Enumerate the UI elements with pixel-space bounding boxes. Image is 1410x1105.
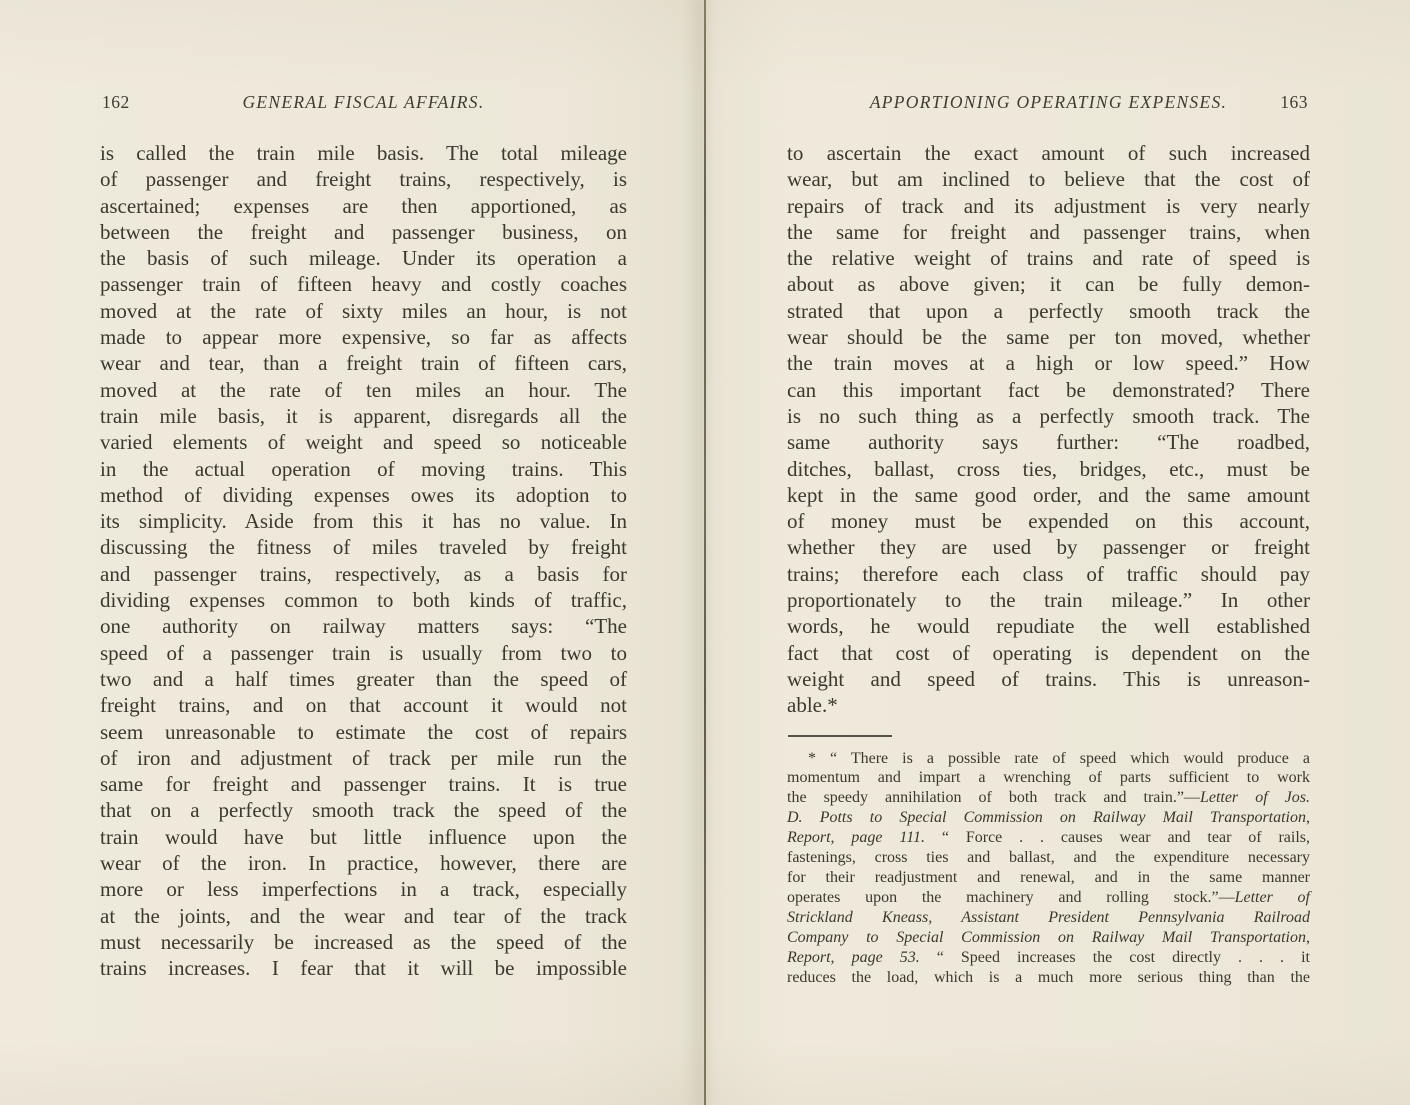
footnote-plain-text: momentum and impart a wrenching of parts… [787,769,1310,786]
text-line: strated that upon a perfectly smooth tra… [787,298,1310,324]
footnote-line: fastenings, cross ties and ballast, and … [787,848,1310,868]
book-spread: 162 GENERAL FISCAL AFFAIRS. is called th… [0,0,1410,1105]
citation-italic-text: Report, page 111. [787,829,925,846]
text-line: proportionately to the train mileage.” I… [787,587,1310,613]
footnote-line: for their readjustment and renewal, and … [787,868,1310,888]
text-line: trains increases. I fear that it will be… [100,955,627,981]
footnote-text: * “ There is a possible rate of speed wh… [787,749,1310,988]
text-line: the train moves at a high or low speed.”… [787,350,1310,376]
footnote-plain-text: * “ There is a possible rate of speed wh… [808,750,1310,767]
footnote-plain-text: “ Force . . causes wear and tear of rail… [925,829,1310,846]
text-line: able.* [787,692,1310,718]
citation-italic-text: Letter of [1235,889,1310,906]
text-line: freight trains, and on that account it w… [100,692,627,718]
page-left: 162 GENERAL FISCAL AFFAIRS. is called th… [100,92,627,982]
footnote-plain-text: reduces the load, which is a much more s… [787,969,1310,986]
text-line: speed of a passenger train is usually fr… [100,640,627,666]
footnote-line: operates upon the machinery and rolling … [787,888,1310,908]
text-line: moved at the rate of ten miles an hour. … [100,377,627,403]
text-line: is no such thing as a perfectly smooth t… [787,403,1310,429]
footnote-line: * “ There is a possible rate of speed wh… [787,749,1310,769]
text-line: fact that cost of operating is dependent… [787,640,1310,666]
text-line: passenger train of fifteen heavy and cos… [100,271,627,297]
text-line: the same for freight and passenger train… [787,219,1310,245]
text-line: wear of the iron. In practice, however, … [100,850,627,876]
text-line: one authority on railway matters says: “… [100,613,627,639]
text-line: dividing expenses common to both kinds o… [100,587,627,613]
footnote-line: the speedy annihilation of both track an… [787,788,1310,808]
text-line: of money must be expended on this accoun… [787,508,1310,534]
footnote-line: Company to Special Commission on Railway… [787,928,1310,948]
text-line: whether they are used by passenger or fr… [787,534,1310,560]
text-line: weight and speed of trains. This is unre… [787,666,1310,692]
text-line: wear and tear, than a freight train of f… [100,350,627,376]
footnote-line: reduces the load, which is a much more s… [787,968,1310,988]
text-line: more or less imperfections in a track, e… [100,876,627,902]
text-line: same authority says further: “The roadbe… [787,429,1310,455]
text-line: seem unreasonable to estimate the cost o… [100,719,627,745]
footnote-plain-text: operates upon the machinery and rolling … [787,889,1235,906]
text-line: trains; therefore each class of traffic … [787,561,1310,587]
text-line: at the joints, and the wear and tear of … [100,903,627,929]
text-line: wear should be the same per ton moved, w… [787,324,1310,350]
page-right: APPORTIONING OPERATING EXPENSES. 163 to … [787,92,1310,987]
text-line: repairs of track and its adjustment is v… [787,193,1310,219]
text-line: in the actual operation of moving trains… [100,456,627,482]
text-line: two and a half times greater than the sp… [100,666,627,692]
text-line: train would have but little influence up… [100,824,627,850]
running-head-left: 162 GENERAL FISCAL AFFAIRS. [100,92,627,118]
text-line: words, he would repudiate the well estab… [787,613,1310,639]
footnote-line: Report, page 53. “ Speed increases the c… [787,948,1310,968]
citation-italic-text: D. Potts to Special Commission on Railwa… [787,809,1310,826]
text-line: wear, but am inclined to believe that th… [787,166,1310,192]
footnote-line: Strickland Kneass, Assistant President P… [787,908,1310,928]
text-line: to ascertain the exact amount of such in… [787,140,1310,166]
text-line: ditches, ballast, cross ties, bridges, e… [787,456,1310,482]
footnote-line: momentum and impart a wrenching of parts… [787,768,1310,788]
text-line: moved at the rate of sixty miles an hour… [100,298,627,324]
text-line: between the freight and passenger busine… [100,219,627,245]
citation-italic-text: Report, page 53. [787,949,920,966]
text-line: and passenger trains, respectively, as a… [100,561,627,587]
body-text-right: to ascertain the exact amount of such in… [787,140,1310,719]
text-line: ascertained; expenses are then apportion… [100,193,627,219]
text-line: kept in the same good order, and the sam… [787,482,1310,508]
text-line: method of dividing expenses owes its ado… [100,482,627,508]
footnote-line: Report, page 111. “ Force . . causes wea… [787,828,1310,848]
page-number-right: 163 [1280,92,1308,113]
footnote-plain-text: “ Speed increases the cost directly . . … [920,949,1310,966]
text-line: the relative weight of trains and rate o… [787,245,1310,271]
body-text-left: is called the train mile basis. The tota… [100,140,627,982]
citation-italic-text: Letter of Jos. [1200,789,1310,806]
text-line: of iron and adjustment of track per mile… [100,745,627,771]
text-line: of passenger and freight trains, respect… [100,166,627,192]
text-line: the basis of such mileage. Under its ope… [100,245,627,271]
text-line: is called the train mile basis. The tota… [100,140,627,166]
text-line: discussing the fitness of miles traveled… [100,534,627,560]
citation-italic-text: Strickland Kneass, Assistant President P… [787,909,1310,926]
text-line: must necessarily be increased as the spe… [100,929,627,955]
running-head-title-right: APPORTIONING OPERATING EXPENSES. [870,92,1227,112]
running-head-right: APPORTIONING OPERATING EXPENSES. 163 [787,92,1310,118]
page-number-left: 162 [102,92,130,113]
footnote-separator-rule [788,735,892,737]
text-line: train mile basis, it is apparent, disreg… [100,403,627,429]
text-line: same for freight and passenger trains. I… [100,771,627,797]
text-line: that on a perfectly smooth track the spe… [100,797,627,823]
text-line: can this important fact be demonstrated?… [787,377,1310,403]
text-line: made to appear more expensive, so far as… [100,324,627,350]
footnote-plain-text: fastenings, cross ties and ballast, and … [787,849,1310,866]
running-head-title-left: GENERAL FISCAL AFFAIRS. [242,92,484,112]
book-gutter [704,0,706,1105]
text-line: about as above given; it can be fully de… [787,271,1310,297]
footnote-plain-text: the speedy annihilation of both track an… [787,789,1200,806]
citation-italic-text: Company to Special Commission on Railway… [787,929,1310,946]
footnote-plain-text: for their readjustment and renewal, and … [787,869,1310,886]
text-line: varied elements of weight and speed so n… [100,429,627,455]
text-line: its simplicity. Aside from this it has n… [100,508,627,534]
footnote-line: D. Potts to Special Commission on Railwa… [787,808,1310,828]
